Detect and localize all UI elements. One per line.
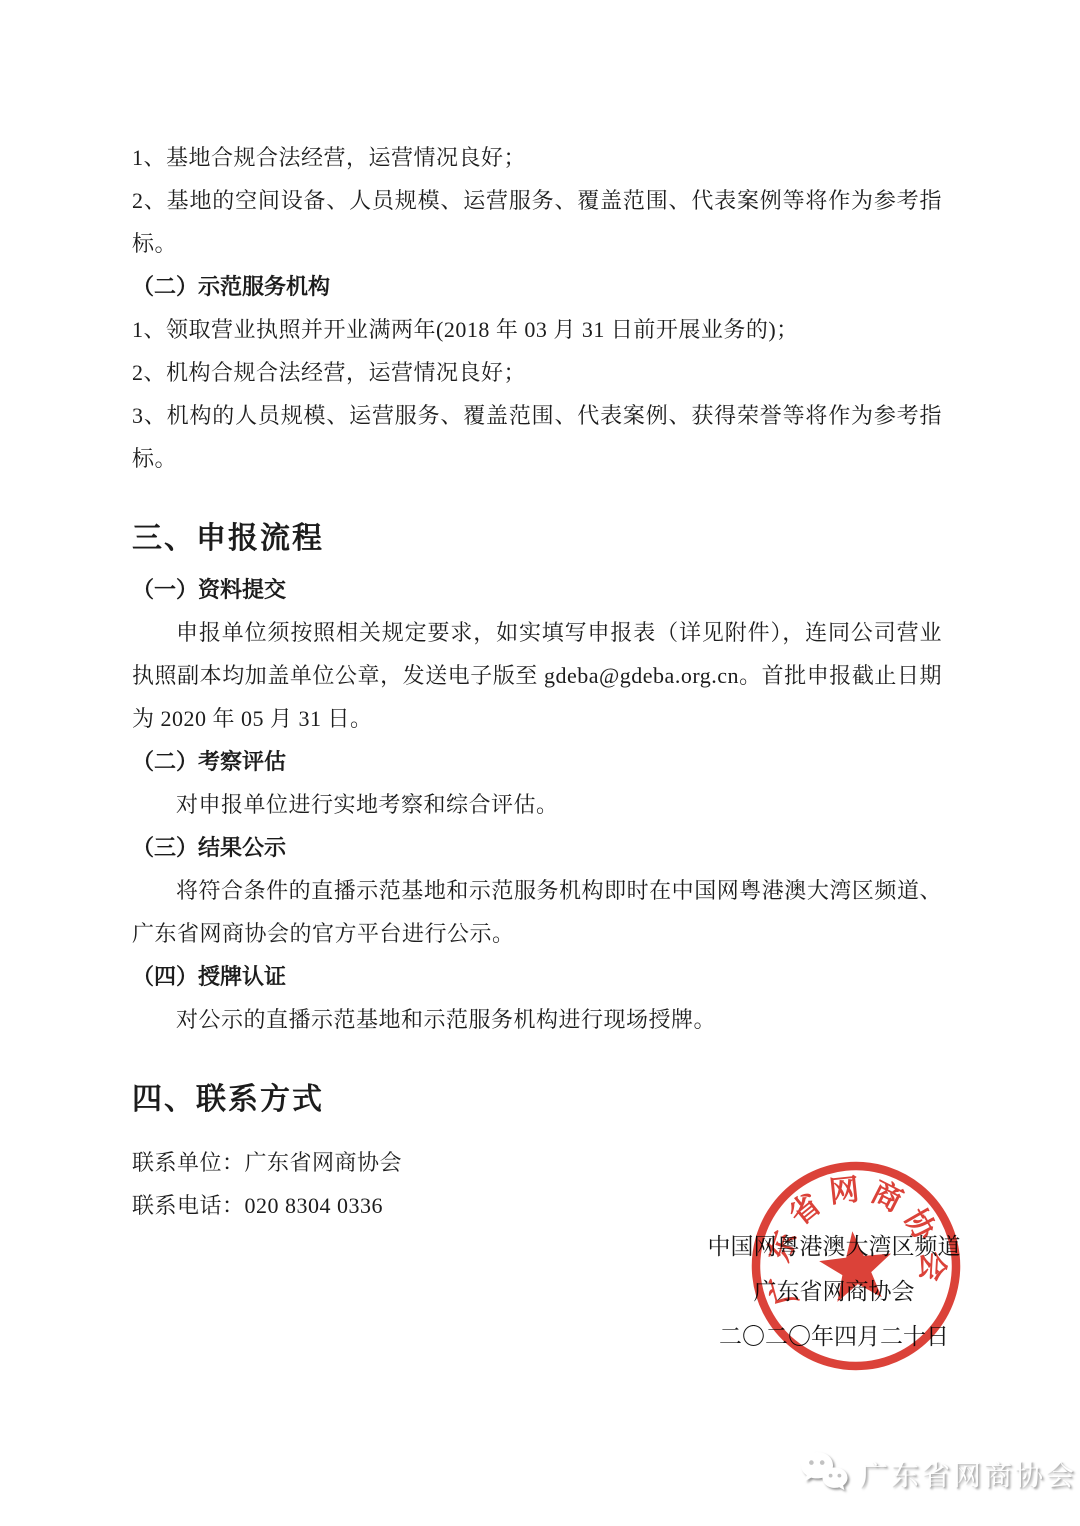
step-heading-result-publicity: （三）结果公示 [132,826,942,869]
document-body: 1、基地合规合法经营，运营情况良好； 2、基地的空间设备、人员规模、运营服务、覆… [132,136,942,1227]
step-heading-certification: （四）授牌认证 [132,955,942,998]
subsection-heading-service-orgs: （二）示范服务机构 [132,265,942,308]
step-body-evaluation: 对申报单位进行实地考察和综合评估。 [132,783,942,826]
contact-phone-label: 联系电话： [132,1193,245,1218]
list-item: 2、机构合规合法经营，运营情况良好； [132,351,942,394]
contact-unit-label: 联系单位： [132,1150,245,1175]
signature-block: 中国网粤港澳大湾区频道 广东省网商协会 二〇二〇年四月二十日 [622,1224,1046,1359]
step-body-material-submission: 申报单位须按照相关规定要求，如实填写申报表（详见附件），连同公司营业执照副本均加… [132,611,942,740]
contact-phone-line: 联系电话：020 8304 0336 [132,1184,942,1227]
contact-unit-value: 广东省网商协会 [245,1150,403,1175]
step-body-certification: 对公示的直播示范基地和示范服务机构进行现场授牌。 [132,998,942,1041]
section-heading-application-process: 三、申报流程 [132,516,942,562]
signature-issuer-line: 中国网粤港澳大湾区频道 [622,1224,1046,1269]
watermark: 广东省网商协会 [798,1450,1077,1498]
step-heading-material-submission: （一）资料提交 [132,568,942,611]
list-item: 3、机构的人员规模、运营服务、覆盖范围、代表案例、获得荣誉等将作为参考指标。 [132,394,942,480]
contact-unit-line: 联系单位：广东省网商协会 [132,1141,942,1184]
contact-phone-value: 020 8304 0336 [245,1193,384,1218]
list-item: 1、领取营业执照并开业满两年(2018 年 03 月 31 日前开展业务的)； [132,308,942,351]
wechat-icon [798,1450,850,1498]
section-heading-contact: 四、联系方式 [132,1077,942,1123]
list-item: 1、基地合规合法经营，运营情况良好； [132,136,942,179]
watermark-label: 广东省网商协会 [860,1454,1077,1494]
list-item: 2、基地的空间设备、人员规模、运营服务、覆盖范围、代表案例等将作为参考指标。 [132,179,942,265]
document-page: 1、基地合规合法经营，运营情况良好； 2、基地的空间设备、人员规模、运营服务、覆… [0,0,1080,1526]
step-body-result-publicity: 将符合条件的直播示范基地和示范服务机构即时在中国网粤港澳大湾区频道、广东省网商协… [132,869,942,955]
signature-date: 二〇二〇年四月二十日 [622,1314,1046,1359]
step-heading-evaluation: （二）考察评估 [132,740,942,783]
signature-issuer-line: 广东省网商协会 [622,1269,1046,1314]
